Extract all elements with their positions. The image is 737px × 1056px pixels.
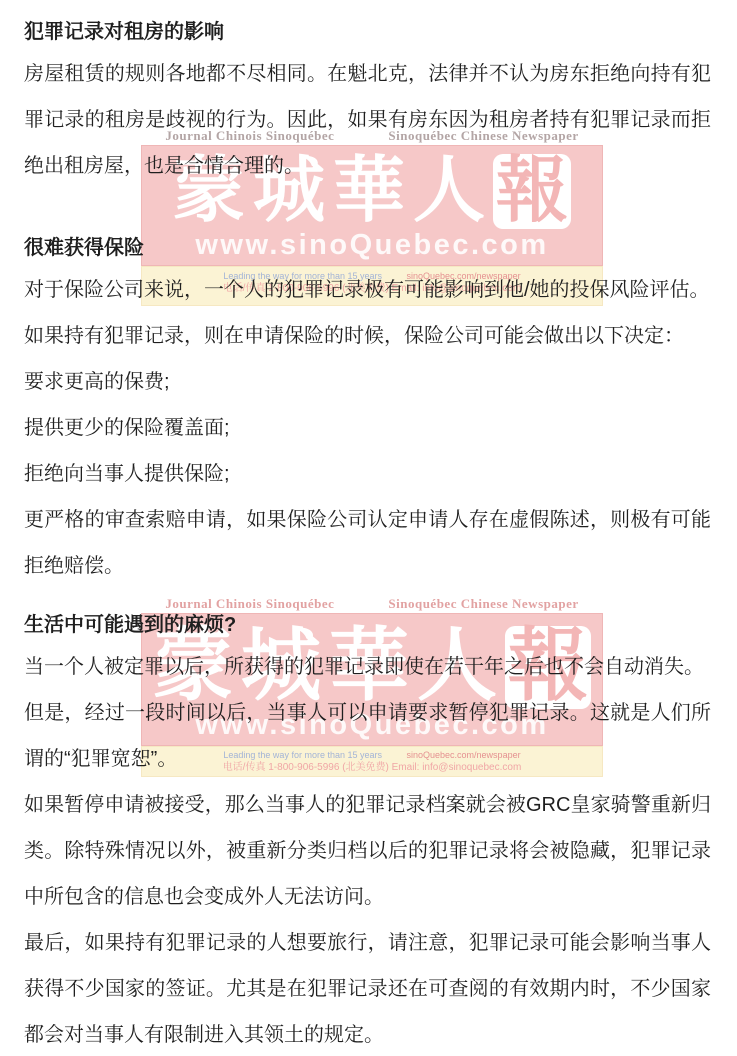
paragraph: 如果持有犯罪记录，则在申请保险的时候，保险公司可能会做出以下决定：	[24, 313, 711, 359]
section-daily-troubles: 生活中可能遇到的麻烦? 当一个人被定罪以后，所获得的犯罪记录即使在若干年之后也不…	[24, 606, 711, 1056]
article-body: 犯罪记录对租房的影响 房屋租赁的规则各地都不尽相同。在魁北克，法律并不认为房东拒…	[0, 0, 737, 1056]
list-item: 提供更少的保险覆盖面;	[24, 405, 711, 451]
section-rental: 犯罪记录对租房的影响 房屋租赁的规则各地都不尽相同。在魁北克，法律并不认为房东拒…	[24, 13, 711, 189]
section-heading: 生活中可能遇到的麻烦?	[24, 606, 711, 644]
list-item: 拒绝向当事人提供保险;	[24, 451, 711, 497]
article-page: Journal Chinois Sinoquébec Sinoquébec Ch…	[0, 0, 737, 1056]
paragraph: 对于保险公司来说，一个人的犯罪记录极有可能影响到他/她的投保风险评估。	[24, 267, 711, 313]
list-item: 更严格的审查索赔申请，如果保险公司认定申请人存在虚假陈述，则极有可能拒绝赔偿。	[24, 497, 711, 589]
paragraph: 但是，经过一段时间以后，当事人可以申请要求暂停犯罪记录。这就是人们所谓的“犯罪宽…	[24, 690, 711, 782]
section-heading: 很难获得保险	[24, 229, 711, 267]
paragraph: 最后，如果持有犯罪记录的人想要旅行，请注意，犯罪记录可能会影响当事人获得不少国家…	[24, 920, 711, 1056]
paragraph: 房屋租赁的规则各地都不尽相同。在魁北克，法律并不认为房东拒绝向持有犯罪记录的租房…	[24, 51, 711, 189]
paragraph: 如果暂停申请被接受，那么当事人的犯罪记录档案就会被GRC皇家骑警重新归类。除特殊…	[24, 782, 711, 920]
list-item: 要求更高的保费;	[24, 359, 711, 405]
section-insurance: 很难获得保险 对于保险公司来说，一个人的犯罪记录极有可能影响到他/她的投保风险评…	[24, 229, 711, 589]
section-heading: 犯罪记录对租房的影响	[24, 13, 711, 51]
paragraph: 当一个人被定罪以后，所获得的犯罪记录即使在若干年之后也不会自动消失。	[24, 644, 711, 690]
